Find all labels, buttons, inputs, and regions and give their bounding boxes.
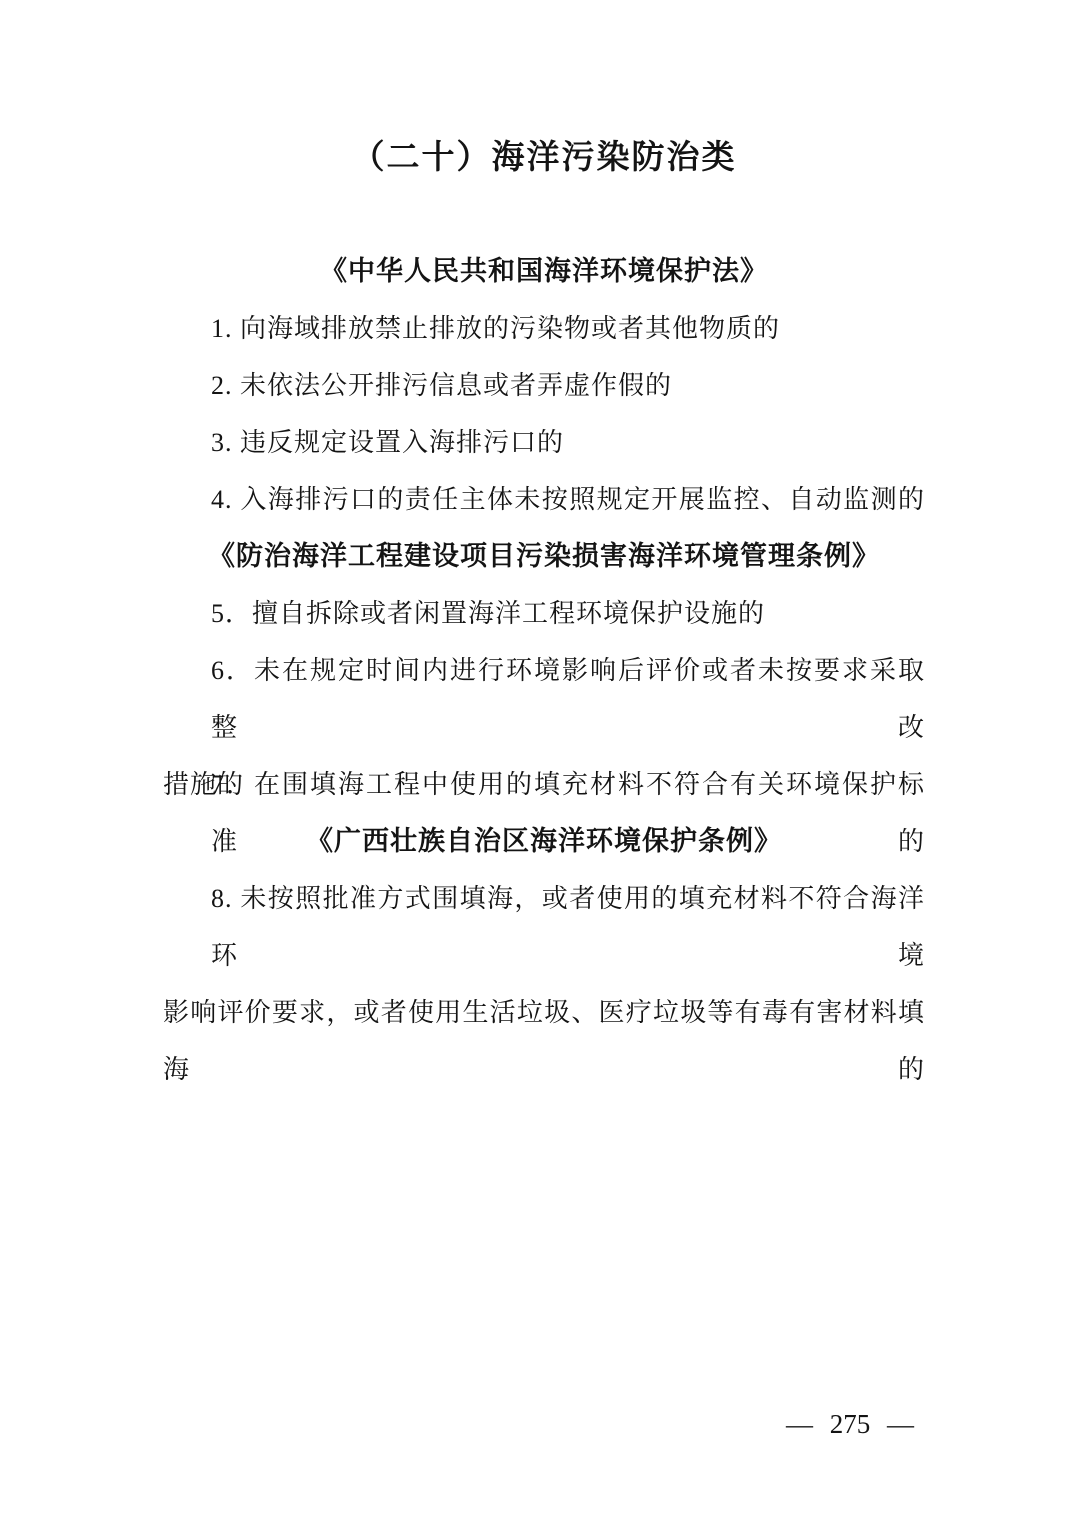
section-heading: 《中华人民共和国海洋环境保护法》 [163, 243, 925, 300]
item-line: 1. 向海域排放禁止排放的污染物或者其他物质的 [163, 300, 925, 357]
list-item: 2. 未依法公开排污信息或者弄虚作假的 [163, 357, 925, 414]
document-page: （二十）海洋污染防治类 《中华人民共和国海洋环境保护法》 1. 向海域排放禁止排… [0, 0, 1074, 1520]
item-line: 2. 未依法公开排污信息或者弄虚作假的 [163, 357, 925, 414]
section-heading: 《广西壮族自治区海洋环境保护条例》 [163, 813, 925, 870]
item-line: 8. 未按照批准方式围填海，或者使用的填充材料不符合海洋环境 [163, 870, 925, 984]
list-item: 8. 未按照批准方式围填海，或者使用的填充材料不符合海洋环境 影响评价要求，或者… [163, 870, 925, 1098]
list-item: 4. 入海排污口的责任主体未按照规定开展监控、自动监测的 [163, 471, 925, 528]
item-line: 6．未在规定时间内进行环境影响后评价或者未按要求采取整改 [163, 642, 925, 756]
list-item: 3. 违反规定设置入海排污口的 [163, 414, 925, 471]
page-number: — 275 — [786, 1408, 914, 1440]
page-title: （二十）海洋污染防治类 [163, 134, 925, 180]
item-line: 5．擅自拆除或者闲置海洋工程环境保护设施的 [163, 585, 925, 642]
item-line: 3. 违反规定设置入海排污口的 [163, 414, 925, 471]
section-heading: 《防治海洋工程建设项目污染损害海洋环境管理条例》 [163, 528, 925, 585]
list-item: 1. 向海域排放禁止排放的污染物或者其他物质的 [163, 300, 925, 357]
item-line: 影响评价要求，或者使用生活垃圾、医疗垃圾等有毒有害材料填海的 [163, 984, 925, 1098]
list-item: 5．擅自拆除或者闲置海洋工程环境保护设施的 [163, 585, 925, 642]
item-line: 4. 入海排污口的责任主体未按照规定开展监控、自动监测的 [163, 471, 925, 528]
